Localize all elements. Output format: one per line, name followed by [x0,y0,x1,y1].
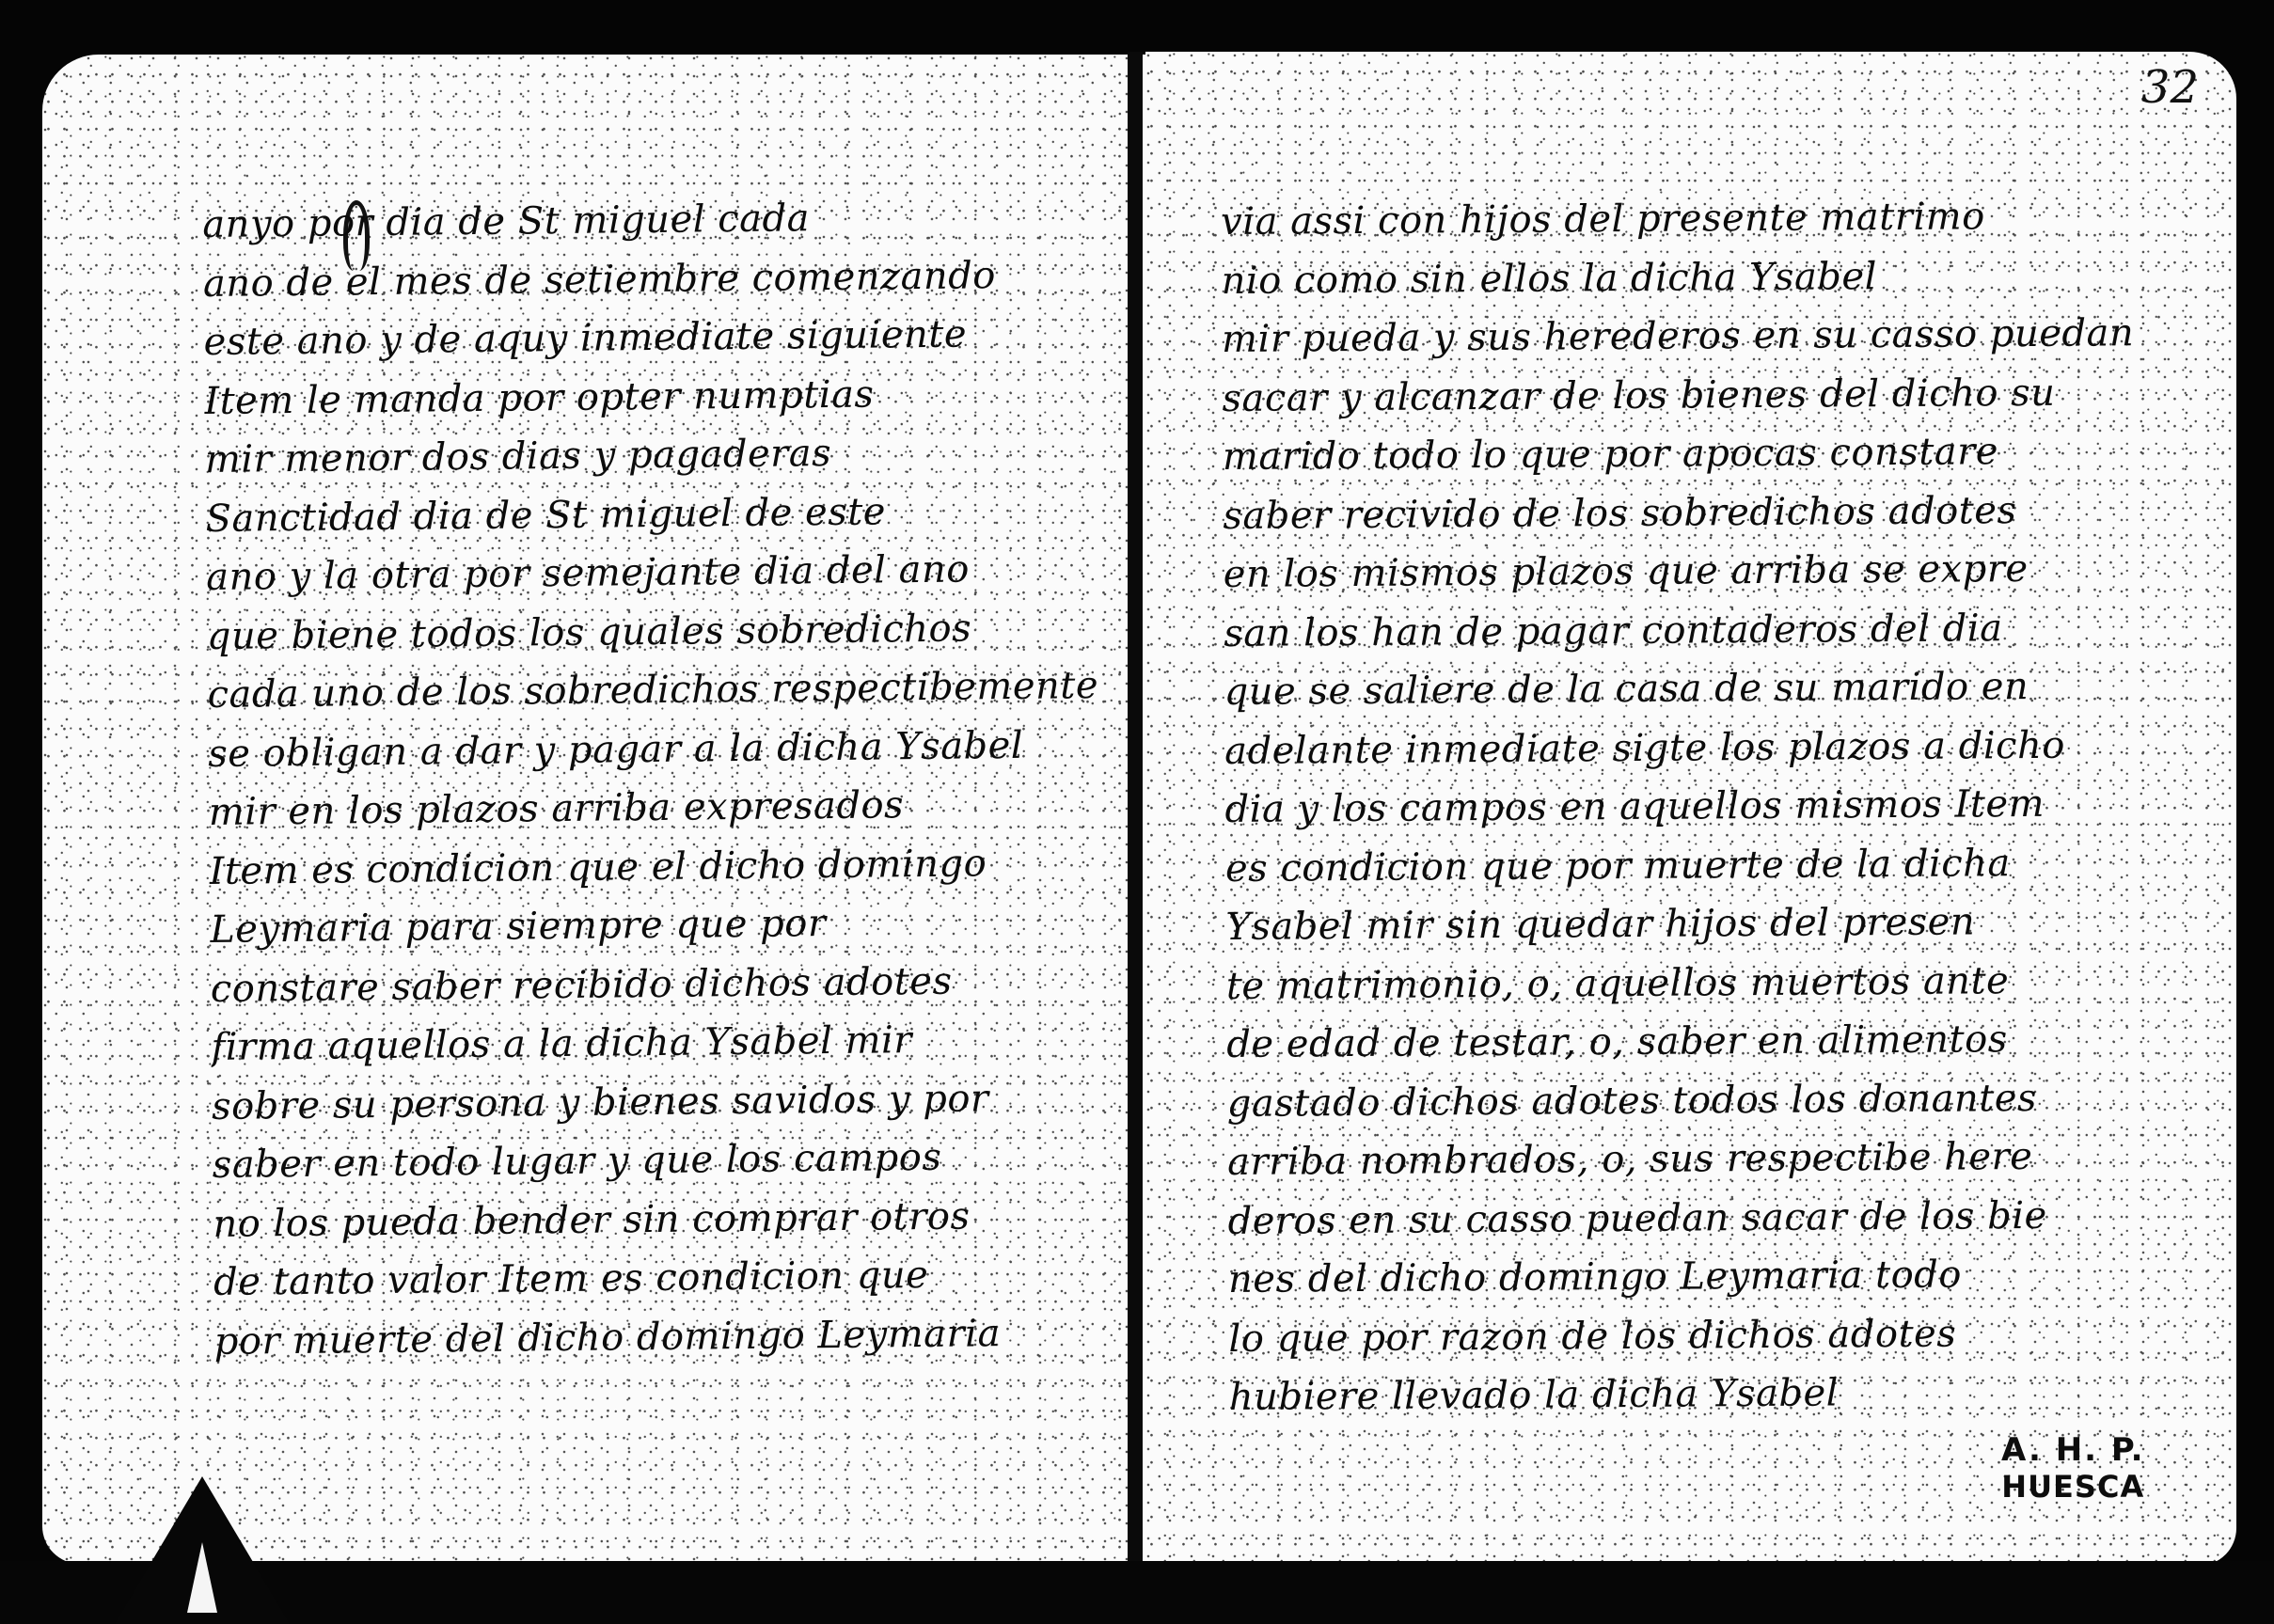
manuscript-line: es condicion que por muerte de la dicha [1225,832,2222,898]
manuscript-line: nes del dicho domingo Leymaria todo [1228,1244,2225,1310]
manuscript-line: Leymaria para siempre que por [210,891,1154,959]
manuscript-line: hubiere llevado la dicha Ysabel [1229,1362,2226,1427]
left-page: anyo por dia de St miguel cada ano de el… [42,55,1154,1564]
manuscript-line: lo que por razon de los dichos adotes [1228,1302,2225,1368]
manuscript-line: se obligan a dar y pagar a la dicha Ysab… [208,715,1154,783]
manuscript-line: constare saber recibido dichos adotes [211,950,1154,1018]
manuscript-line: de edad de testar, o, saber en alimentos [1226,1009,2223,1075]
manuscript-line: no los pueda bender sin comprar otros [213,1185,1154,1253]
archive-stamp: A. H. P. HUESCA [2001,1434,2145,1502]
manuscript-line: Sanctidad dia de St miguel de este [205,480,1154,548]
book-spine [1128,52,1143,1566]
manuscript-line: ano y la otra por semejante dia del ano [206,538,1154,607]
manuscript-line: que se saliere de la casa de su marido e… [1224,656,2220,722]
manuscript-line: marido todo lo que por apocas constare [1223,421,2219,487]
manuscript-line: Ysabel mir sin quedar hijos del presen [1225,891,2222,957]
manuscript-line: gastado dichos adotes todos los donantes [1227,1067,2224,1133]
stamp-line-2: HUESCA [2001,1472,2145,1502]
manuscript-line: saber recivido de los sobredichos adotes [1223,480,2219,545]
left-page-text: anyo por dia de St miguel cada ano de el… [202,185,1154,1371]
manuscript-line: cada uno de los sobredichos respectibeme… [207,655,1154,724]
manuscript-line: nio como sin ellos la dicha Ysabel [1221,244,2218,310]
manuscript-line: en los mismos plazos que arriba se expre [1224,539,2220,605]
right-page: 32 via assi con hijos del presente matri… [1145,52,2236,1566]
manuscript-line: mir pueda y sus herederos en su casso pu… [1222,304,2219,370]
manuscript-line: saber en todo lugar y que los campos [212,1126,1154,1194]
manuscript-line: adelante inmediate sigte los plazos a di… [1224,715,2221,780]
manuscript-line: este ano y de aquy inmediate siguiente [203,303,1154,371]
manuscript-line: Item le manda por opter numptias [204,362,1154,431]
right-page-text: via assi con hijos del presente matrimo … [1221,186,2226,1427]
binding-clip-mark [113,1476,292,1624]
stamp-line-1: A. H. P. [2001,1434,2145,1466]
scan-background: anyo por dia de St miguel cada ano de el… [0,0,2274,1624]
manuscript-line: san los han de pagar contaderos del dia [1224,597,2220,663]
manuscript-line: sacar y alcanzar de los bienes del dicho… [1222,362,2219,428]
manuscript-line: firma aquellos a la dicha Ysabel mir [211,1008,1154,1077]
manuscript-line: via assi con hijos del presente matrimo [1221,186,2218,252]
manuscript-line: que biene todos los quales sobredichos [207,597,1154,666]
manuscript-line: sobre su persona y bienes savidos y por [212,1067,1154,1136]
manuscript-line: mir menor dos dias y pagaderas [205,420,1154,489]
manuscript-line: anyo por dia de St miguel cada [202,185,1154,254]
manuscript-line: de tanto valor Item es condicion que [213,1243,1154,1312]
folio-number: 32 [2141,61,2199,114]
scan-bottom-edge [0,1561,2274,1624]
manuscript-line: ano de el mes de setiembre comenzando [203,244,1154,313]
manuscript-line: te matrimonio, o, aquellos muertos ante [1226,950,2223,1016]
manuscript-line: deros en su casso puedan sacar de los bi… [1227,1185,2224,1251]
manuscript-line: Item es condicion que el dicho domingo [209,832,1154,901]
manuscript-line: mir en los plazos arriba expresados [209,773,1154,842]
manuscript-line: dia y los campos en aquellos mismos Item [1224,774,2221,840]
manuscript-line: arriba nombrados, o, sus respectibe here [1227,1127,2224,1192]
manuscript-line: por muerte del dicho domingo Leymaria [213,1302,1154,1371]
